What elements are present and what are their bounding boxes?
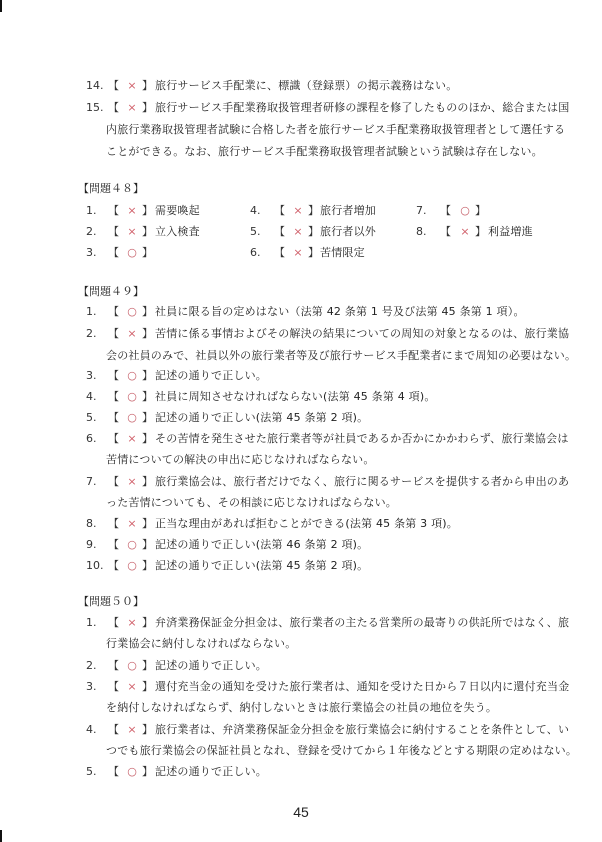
answer-text: 利益増進: [488, 222, 533, 242]
answer-text-continued: 行業協会に納付しなければならない。: [106, 634, 296, 654]
cross-mark-icon: ×: [290, 201, 306, 221]
close-bracket: 】: [142, 98, 153, 118]
answer-text: 旅行業協会は、旅行者だけでなく、旅行に関るサービスを提供する者から申出のあ: [155, 472, 569, 492]
question-50-heading: 【問題５０】: [78, 592, 144, 612]
answer-text: 旅行業者は、弁済業務保証金分担金を旅行業協会に納付することを条件として、い: [155, 720, 569, 740]
answer-text-continued: 苦情についての解決の申出に応じなければならない。: [106, 450, 375, 470]
close-bracket: 】: [142, 222, 153, 242]
answer-text: 立入検査: [155, 222, 200, 242]
close-bracket: 】: [142, 762, 153, 782]
circle-mark-icon: ○: [124, 387, 140, 407]
answer-text: 記述の通りで正しい。: [155, 656, 267, 676]
close-bracket: 】: [142, 720, 153, 740]
close-bracket: 】: [142, 243, 153, 263]
answer-text-continued: ことができる。なお、旅行サービス手配業務取扱管理者試験という試験は存在しない。: [106, 142, 543, 162]
open-bracket: 【: [274, 243, 285, 263]
open-bracket: 【: [108, 222, 119, 242]
open-bracket: 【: [108, 613, 119, 633]
answer-text: 記述の通りで正しい(法第 45 条第 2 項)。: [155, 408, 368, 428]
answer-text-continued: を納付しなければならず、納付しないときは旅行業協会の社員の地位を失う。: [106, 698, 497, 718]
cross-mark-icon: ×: [124, 677, 140, 697]
cross-mark-icon: ×: [290, 243, 306, 263]
open-bracket: 【: [274, 222, 285, 242]
answer-text: 苦情に係る事情およびその解決の結果についての周知の対象となるのは、旅行業協: [155, 324, 569, 344]
cross-mark-icon: ×: [124, 201, 140, 221]
open-bracket: 【: [108, 677, 119, 697]
close-bracket: 】: [142, 677, 153, 697]
answer-text: 記述の通りで正しい(法第 45 条第 2 項)。: [155, 556, 368, 576]
cross-mark-icon: ×: [457, 222, 473, 242]
close-bracket: 】: [142, 408, 153, 428]
answer-text-continued: 会の社員のみで、社員以外の旅行業者等及び旅行サービス手配業者にまで周知の必要はな…: [106, 346, 576, 366]
answer-text: 旅行者増加: [320, 201, 376, 221]
document-page: 14. 【 × 】 旅行サービス手配業に、標識（登録票）の掲示義務はない。 15…: [0, 0, 602, 842]
cross-mark-icon: ×: [124, 429, 140, 449]
circle-mark-icon: ○: [124, 366, 140, 386]
page-number: 45: [0, 804, 602, 820]
cross-mark-icon: ×: [124, 472, 140, 492]
question-49-heading: 【問題４９】: [78, 282, 144, 302]
crop-mark-bottom: [0, 830, 2, 842]
answer-text: 旅行サービス手配業に、標識（登録票）の掲示義務はない。: [155, 76, 457, 96]
item-number: 8.: [416, 222, 442, 242]
answer-text: その苦情を発生させた旅行業者等が社員であるか否かにかかわらず、旅行業協会は: [155, 429, 569, 449]
close-bracket: 】: [142, 613, 153, 633]
open-bracket: 【: [108, 656, 119, 676]
open-bracket: 【: [108, 98, 119, 118]
circle-mark-icon: ○: [124, 535, 140, 555]
answer-text: 記述の通りで正しい。: [155, 366, 267, 386]
answer-text-continued: 内旅行業務取扱管理者試験に合格した者を旅行サービス手配業務取扱管理者として選任す…: [106, 120, 565, 140]
close-bracket: 】: [475, 222, 486, 242]
answer-text: 旅行サービス手配業務取扱管理者研修の課程を修了したもののほか、総合または国: [155, 98, 569, 118]
item-number: 4.: [250, 201, 276, 221]
circle-mark-icon: ○: [124, 408, 140, 428]
cross-mark-icon: ×: [124, 98, 140, 118]
answer-text: 弁済業務保証金分担金は、旅行業者の主たる営業所の最寄りの供託所ではなく、旅: [155, 613, 569, 633]
open-bracket: 【: [274, 201, 285, 221]
close-bracket: 】: [142, 387, 153, 407]
close-bracket: 】: [142, 324, 153, 344]
close-bracket: 】: [142, 366, 153, 386]
open-bracket: 【: [108, 76, 119, 96]
cross-mark-icon: ×: [124, 222, 140, 242]
close-bracket: 】: [142, 201, 153, 221]
answer-text: 需要喚起: [155, 201, 200, 221]
open-bracket: 【: [108, 720, 119, 740]
open-bracket: 【: [108, 514, 119, 534]
answer-text: 記述の通りで正しい(法第 46 条第 2 項)。: [155, 535, 368, 555]
open-bracket: 【: [440, 201, 451, 221]
item-number: 7.: [416, 201, 442, 221]
close-bracket: 】: [142, 429, 153, 449]
close-bracket: 】: [475, 201, 486, 221]
cross-mark-icon: ×: [124, 324, 140, 344]
answer-text-continued: った苦情についても、その相談に応じなければならない。: [106, 493, 397, 513]
open-bracket: 【: [108, 408, 119, 428]
answer-text-continued: つでも旅行業協会の保証社員となれ、登録を受けてから１年後などとする期限の定めはな…: [106, 741, 577, 761]
crop-mark-top: [0, 0, 2, 12]
answer-text: 社員に周知させなければならない(法第 45 条第 4 項)。: [155, 387, 436, 407]
question-48-heading: 【問題４８】: [78, 179, 144, 199]
open-bracket: 【: [108, 762, 119, 782]
close-bracket: 】: [308, 222, 319, 242]
close-bracket: 】: [142, 76, 153, 96]
circle-mark-icon: ○: [124, 302, 140, 322]
close-bracket: 】: [308, 201, 319, 221]
circle-mark-icon: ○: [457, 201, 473, 221]
answer-text: 旅行者以外: [320, 222, 376, 242]
answer-text: 記述の通りで正しい。: [155, 762, 267, 782]
circle-mark-icon: ○: [124, 556, 140, 576]
open-bracket: 【: [108, 472, 119, 492]
answer-text: 正当な理由があれば拒むことができる(法第 45 条第 3 項)。: [155, 514, 458, 534]
close-bracket: 】: [142, 514, 153, 534]
close-bracket: 】: [308, 243, 319, 263]
cross-mark-icon: ×: [124, 514, 140, 534]
answer-text: 還付充当金の通知を受けた旅行業者は、通知を受けた日から７日以内に還付充当金: [155, 677, 569, 697]
open-bracket: 【: [108, 201, 119, 221]
cross-mark-icon: ×: [290, 222, 306, 242]
close-bracket: 】: [142, 535, 153, 555]
open-bracket: 【: [108, 387, 119, 407]
answer-text: 社員に限る旨の定めはない（法第 42 条第 1 号及び法第 45 条第 1 項）…: [155, 302, 525, 322]
open-bracket: 【: [108, 556, 119, 576]
open-bracket: 【: [108, 429, 119, 449]
cross-mark-icon: ×: [124, 720, 140, 740]
cross-mark-icon: ×: [124, 613, 140, 633]
circle-mark-icon: ○: [124, 762, 140, 782]
open-bracket: 【: [108, 366, 119, 386]
open-bracket: 【: [108, 535, 119, 555]
open-bracket: 【: [108, 302, 119, 322]
close-bracket: 】: [142, 302, 153, 322]
open-bracket: 【: [440, 222, 451, 242]
answer-text: 苦情限定: [320, 243, 365, 263]
open-bracket: 【: [108, 324, 119, 344]
circle-mark-icon: ○: [124, 243, 140, 263]
item-number: 6.: [250, 243, 276, 263]
item-number: 5.: [250, 222, 276, 242]
close-bracket: 】: [142, 556, 153, 576]
open-bracket: 【: [108, 243, 119, 263]
cross-mark-icon: ×: [124, 76, 140, 96]
close-bracket: 】: [142, 472, 153, 492]
circle-mark-icon: ○: [124, 656, 140, 676]
close-bracket: 】: [142, 656, 153, 676]
